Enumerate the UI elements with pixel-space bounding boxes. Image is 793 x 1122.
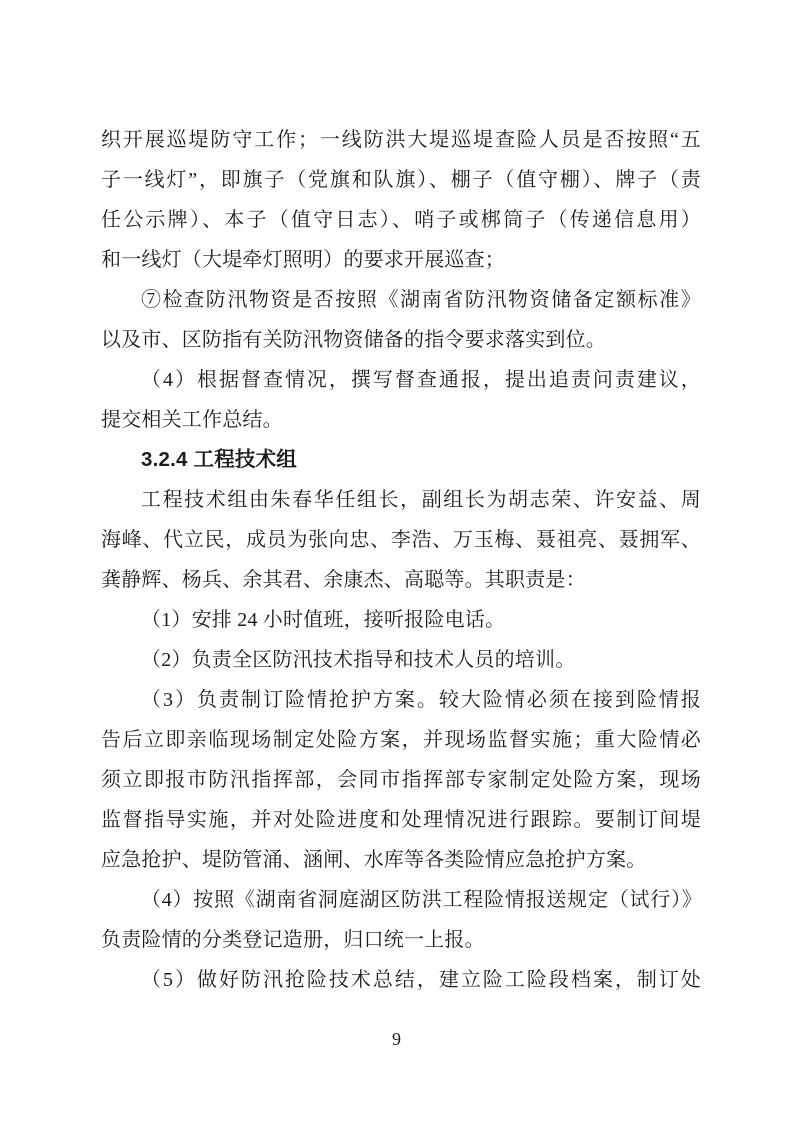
text-line: 应急抢护、堤防管涌、涵闸、水库等各类险情应急抢护方案。 [101,840,701,880]
text-line: （3）负责制订险情抢护方案。较大险情必须在接到险情报 [101,680,701,720]
section-heading: 3.2.4 工程技术组 [101,440,701,480]
document-page: 织开展巡堤防守工作；一线防洪大堤巡堤查险人员是否按照“五子一线灯”，即旗子（党旗… [0,0,793,1122]
text-line: （2）负责全区防汛技术指导和技术人员的培训。 [101,640,701,680]
text-line: 以及市、区防指有关防汛物资储备的指令要求落实到位。 [101,320,701,360]
text-line: 须立即报市防汛指挥部，会同市指挥部专家制定处险方案，现场 [101,760,701,800]
text-line: 监督指导实施，并对处险进度和处理情况进行跟踪。要制订间堤 [101,800,701,840]
text-line: （5）做好防汛抢险技术总结，建立险工险段档案，制订处 [101,960,701,1000]
text-line: 负责险情的分类登记造册，归口统一上报。 [101,920,701,960]
page-number: 9 [0,1024,793,1054]
text-line: 和一线灯（大堤牵灯照明）的要求开展巡查； [101,240,701,280]
document-body: 织开展巡堤防守工作；一线防洪大堤巡堤查险人员是否按照“五子一线灯”，即旗子（党旗… [101,120,701,1000]
text-line: （4）按照《湖南省洞庭湖区防洪工程险情报送规定（试行）》 [101,880,701,920]
text-line: 告后立即亲临现场制定处险方案，并现场监督实施；重大险情必 [101,720,701,760]
text-line: 织开展巡堤防守工作；一线防洪大堤巡堤查险人员是否按照“五 [101,120,701,160]
text-line: 子一线灯”，即旗子（党旗和队旗）、棚子（值守棚）、牌子（责 [101,160,701,200]
text-line: 工程技术组由朱春华任组长，副组长为胡志荣、许安益、周 [101,480,701,520]
text-line: （4）根据督查情况，撰写督查通报，提出追责问责建议， [101,360,701,400]
text-line: （1）安排 24 小时值班，接听报险电话。 [101,600,701,640]
text-line: ⑦检查防汛物资是否按照《湖南省防汛物资储备定额标准》 [101,280,701,320]
text-line: 任公示牌）、本子（值守日志）、哨子或梆筒子（传递信息用） [101,200,701,240]
text-line: 海峰、代立民，成员为张向忠、李浩、万玉梅、聂祖亮、聂拥军、 [101,520,701,560]
text-line: 提交相关工作总结。 [101,400,701,440]
text-line: 龚静辉、杨兵、余其君、余康杰、高聪等。其职责是： [101,560,701,600]
